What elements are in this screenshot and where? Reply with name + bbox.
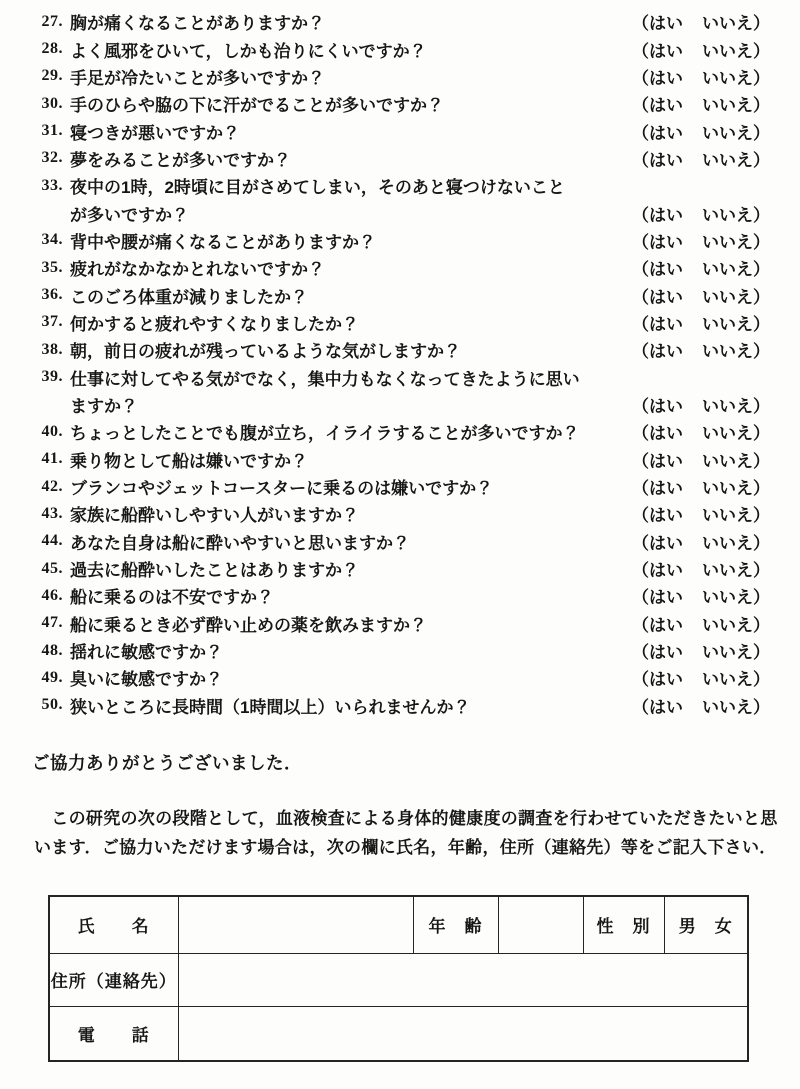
question-number: 29. <box>36 67 63 85</box>
answer-yes: はい <box>649 151 683 170</box>
answer-option-no: いいえ） <box>702 693 770 718</box>
contact-row-address: 住所（連絡先） <box>49 953 748 1006</box>
question-text: 朝，前日の疲れが残っているような気がしますか？ <box>70 337 632 362</box>
answer-yes: はい <box>649 643 683 662</box>
question-text: 背中や腰が痛くなることがありますか？ <box>70 228 632 253</box>
answer-open: （ <box>632 14 649 33</box>
answer-yes: はい <box>649 315 683 334</box>
question-number: 44. <box>36 532 63 550</box>
question-number: 34. <box>36 231 63 249</box>
followup-line-2: います．ご協力いただけます場合は，次の欄に氏名，年齢，住所（連絡先）等をご記入下… <box>34 833 776 862</box>
answer-option-yes: （はい <box>632 119 683 144</box>
answer-yes: はい <box>649 506 683 525</box>
address-label-cell: 住所（連絡先） <box>49 953 178 1006</box>
question-text: あなた自身は船に酔いやすいと思いますか？ <box>70 529 632 554</box>
question-number: 42. <box>36 478 63 496</box>
answer-yes: はい <box>649 14 683 33</box>
answer-option-no: いいえ） <box>702 119 770 144</box>
answer-options: （はいいいえ） <box>632 283 770 308</box>
answer-option-yes: （はい <box>632 146 683 171</box>
question-number: 28. <box>36 40 63 58</box>
answer-options: （はいいいえ） <box>632 501 770 526</box>
question-line: 29.手足が冷たいことが多いですか？（はいいいえ） <box>36 63 770 90</box>
answer-options: （はいいいえ） <box>632 529 770 554</box>
question-line: 28.よく風邪をひいて，しかも治りにくいですか？（はいいいえ） <box>36 35 770 62</box>
question-line: 43.家族に船酔いしやすい人がいますか？（はいいいえ） <box>36 500 770 527</box>
answer-open: （ <box>632 534 649 553</box>
answer-open: （ <box>632 452 649 471</box>
question-line: 34.背中や腰が痛くなることがありますか？（はいいいえ） <box>36 227 770 254</box>
question-number: 50. <box>36 696 63 714</box>
answer-option-no: いいえ） <box>702 91 770 116</box>
answer-option-yes: （はい <box>632 419 683 444</box>
answer-option-no: いいえ） <box>702 447 770 472</box>
answer-option-yes: （はい <box>632 337 683 362</box>
answer-option-yes: （はい <box>632 529 683 554</box>
answer-options: （はいいいえ） <box>632 556 770 581</box>
question-text: 手のひらや脇の下に汗がでることが多いですか？ <box>70 91 632 116</box>
answer-option-no: いいえ） <box>702 64 770 89</box>
answer-no: いいえ <box>702 616 753 635</box>
question-line: 27.胸が痛くなることがありますか？（はいいいえ） <box>36 8 770 35</box>
answer-options: （はいいいえ） <box>632 255 770 280</box>
question-line: 31.寝つきが悪いですか？（はいいいえ） <box>36 117 770 144</box>
question-number: 36. <box>36 286 63 304</box>
questionnaire-page: 27.胸が痛くなることがありますか？（はいいいえ）28.よく風邪をひいて，しかも… <box>0 0 800 1089</box>
question-line: 42.ブランコやジェットコースターに乗るのは嫌いですか？（はいいいえ） <box>36 473 770 500</box>
answer-close: ） <box>753 643 770 662</box>
answer-option-no: いいえ） <box>702 228 770 253</box>
answer-option-no: いいえ） <box>702 638 770 663</box>
answer-close: ） <box>753 479 770 498</box>
answer-no: いいえ <box>702 588 753 607</box>
answer-no: いいえ <box>702 479 753 498</box>
answer-options: （はいいいえ） <box>632 201 770 226</box>
answer-option-no: いいえ） <box>702 255 770 280</box>
answer-option-no: いいえ） <box>702 9 770 34</box>
question-number: 45. <box>36 560 63 578</box>
question-number: 31. <box>36 122 63 140</box>
question-number: 35. <box>36 259 63 277</box>
followup-paragraph: この研究の次の段階として，血液検査による身体的健康度の調査を行わせていただきたい… <box>34 804 776 862</box>
answer-no: いいえ <box>702 506 753 525</box>
answer-options: （はいいいえ） <box>632 392 770 417</box>
question-line: 46.船に乗るのは不安ですか？（はいいいえ） <box>36 582 770 609</box>
answer-open: （ <box>632 260 649 279</box>
answer-options: （はいいいえ） <box>632 583 770 608</box>
question-text: 乗り物として船は嫌いですか？ <box>70 447 632 472</box>
answer-close: ） <box>753 206 770 225</box>
answer-no: いいえ <box>702 96 753 115</box>
answer-option-no: いいえ） <box>702 419 770 444</box>
question-line: が多いですか？（はいいいえ） <box>36 199 770 226</box>
question-text: 過去に船酔いしたことはありますか？ <box>70 556 632 581</box>
question-line: 30.手のひらや脇の下に汗がでることが多いですか？（はいいいえ） <box>36 90 770 117</box>
question-text: ますか？ <box>70 392 632 417</box>
answer-yes: はい <box>649 233 683 252</box>
answer-options: （はいいいえ） <box>632 474 770 499</box>
answer-yes: はい <box>649 124 683 143</box>
answer-option-no: いいえ） <box>702 556 770 581</box>
answer-yes: はい <box>649 452 683 471</box>
question-text: 仕事に対してやる気がでなく，集中力もなくなってきたように思い <box>70 365 770 390</box>
answer-option-no: いいえ） <box>702 392 770 417</box>
answer-option-no: いいえ） <box>702 474 770 499</box>
answer-yes: はい <box>649 479 683 498</box>
question-number: 43. <box>36 505 63 523</box>
answer-yes: はい <box>649 616 683 635</box>
answer-option-no: いいえ） <box>702 583 770 608</box>
answer-option-yes: （はい <box>632 228 683 253</box>
answer-option-no: いいえ） <box>702 310 770 335</box>
answer-yes: はい <box>649 260 683 279</box>
question-number: 33. <box>36 177 63 195</box>
question-number: 49. <box>36 669 63 687</box>
thanks-text: ご協力ありがとうございました． <box>32 750 302 775</box>
answer-option-no: いいえ） <box>702 501 770 526</box>
contact-row-name: 氏 名 年 齢 性 別 男 女 <box>49 896 748 953</box>
answer-no: いいえ <box>702 342 753 361</box>
answer-option-yes: （はい <box>632 255 683 280</box>
question-line: 32.夢をみることが多いですか？（はいいいえ） <box>36 145 770 172</box>
answer-options: （はいいいえ） <box>632 638 770 663</box>
question-text: ブランコやジェットコースターに乗るのは嫌いですか？ <box>70 474 632 499</box>
answer-close: ） <box>753 42 770 61</box>
answer-close: ） <box>753 69 770 88</box>
answer-no: いいえ <box>702 233 753 252</box>
answer-options: （はいいいえ） <box>632 693 770 718</box>
answer-options: （はいいいえ） <box>632 611 770 636</box>
question-line: 49.臭いに敏感ですか？（はいいいえ） <box>36 664 770 691</box>
answer-no: いいえ <box>702 397 753 416</box>
answer-open: （ <box>632 151 649 170</box>
answer-close: ） <box>753 561 770 580</box>
answer-options: （はいいいえ） <box>632 665 770 690</box>
question-text: 船に乗るとき必ず酔い止めの薬を飲みますか？ <box>70 611 632 636</box>
gender-label-cell: 性 別 <box>583 896 664 953</box>
answer-open: （ <box>632 315 649 334</box>
answer-option-no: いいえ） <box>702 201 770 226</box>
answer-close: ） <box>753 151 770 170</box>
answer-open: （ <box>632 616 649 635</box>
answer-option-yes: （はい <box>632 392 683 417</box>
answer-yes: はい <box>649 42 683 61</box>
answer-yes: はい <box>649 206 683 225</box>
answer-no: いいえ <box>702 315 753 334</box>
answer-yes: はい <box>649 342 683 361</box>
answer-close: ） <box>753 124 770 143</box>
answer-close: ） <box>753 233 770 252</box>
answer-open: （ <box>632 42 649 61</box>
question-text: 疲れがなかなかとれないですか？ <box>70 255 632 280</box>
answer-no: いいえ <box>702 452 753 471</box>
phone-label-cell: 電 話 <box>49 1006 178 1061</box>
question-text: 手足が冷たいことが多いですか？ <box>70 64 632 89</box>
answer-close: ） <box>753 534 770 553</box>
answer-open: （ <box>632 288 649 307</box>
answer-option-yes: （はい <box>632 64 683 89</box>
answer-no: いいえ <box>702 288 753 307</box>
answer-yes: はい <box>649 397 683 416</box>
answer-option-no: いいえ） <box>702 37 770 62</box>
answer-option-yes: （はい <box>632 665 683 690</box>
answer-open: （ <box>632 424 649 443</box>
question-number: 41. <box>36 450 63 468</box>
question-number: 39. <box>36 368 63 386</box>
age-value-cell <box>498 896 583 953</box>
question-number: 30. <box>36 95 63 113</box>
question-line: 36.このごろ体重が減りましたか？（はいいいえ） <box>36 281 770 308</box>
answer-open: （ <box>632 397 649 416</box>
answer-close: ） <box>753 315 770 334</box>
answer-no: いいえ <box>702 124 753 143</box>
answer-yes: はい <box>649 588 683 607</box>
answer-options: （はいいいえ） <box>632 91 770 116</box>
answer-close: ） <box>753 506 770 525</box>
question-line: 50.狭いところに長時間（1時間以上）いられませんか？（はいいいえ） <box>36 692 770 719</box>
answer-open: （ <box>632 561 649 580</box>
question-line: 33.夜中の1時，2時頃に目がさめてしまい，そのあと寝つけないこと <box>36 172 770 199</box>
question-text: ちょっとしたことでも腹が立ち，イライラすることが多いですか？ <box>70 419 632 444</box>
answer-no: いいえ <box>702 42 753 61</box>
question-number: 38. <box>36 341 63 359</box>
answer-option-yes: （はい <box>632 583 683 608</box>
question-text: 夜中の1時，2時頃に目がさめてしまい，そのあと寝つけないこと <box>70 173 770 198</box>
answer-close: ） <box>753 342 770 361</box>
name-value-cell <box>178 896 413 953</box>
question-line: 47.船に乗るとき必ず酔い止めの薬を飲みますか？（はいいいえ） <box>36 610 770 637</box>
answer-open: （ <box>632 124 649 143</box>
question-text: が多いですか？ <box>70 201 632 226</box>
answer-yes: はい <box>649 670 683 689</box>
question-line: 40.ちょっとしたことでも腹が立ち，イライラすることが多いですか？（はいいいえ） <box>36 418 770 445</box>
answer-no: いいえ <box>702 69 753 88</box>
question-number: 37. <box>36 313 63 331</box>
answer-options: （はいいいえ） <box>632 37 770 62</box>
question-text: 胸が痛くなることがありますか？ <box>70 9 632 34</box>
answer-close: ） <box>753 14 770 33</box>
followup-line-1: この研究の次の段階として，血液検査による身体的健康度の調査を行わせていただきたい… <box>34 804 776 833</box>
question-number: 46. <box>36 587 63 605</box>
answer-option-yes: （はい <box>632 310 683 335</box>
question-line: 48.揺れに敏感ですか？（はいいいえ） <box>36 637 770 664</box>
question-text: 家族に船酔いしやすい人がいますか？ <box>70 501 632 526</box>
answer-close: ） <box>753 588 770 607</box>
answer-no: いいえ <box>702 643 753 662</box>
question-line: ますか？（はいいいえ） <box>36 391 770 418</box>
answer-option-yes: （はい <box>632 556 683 581</box>
answer-options: （はいいいえ） <box>632 228 770 253</box>
answer-no: いいえ <box>702 670 753 689</box>
answer-option-no: いいえ） <box>702 337 770 362</box>
answer-close: ） <box>753 698 770 717</box>
question-text: 臭いに敏感ですか？ <box>70 665 632 690</box>
answer-close: ） <box>753 96 770 115</box>
question-line: 35.疲れがなかなかとれないですか？（はいいいえ） <box>36 254 770 281</box>
answer-open: （ <box>632 233 649 252</box>
answer-option-no: いいえ） <box>702 283 770 308</box>
answer-option-no: いいえ） <box>702 665 770 690</box>
contact-row-phone: 電 話 <box>49 1006 748 1061</box>
question-number: 47. <box>36 614 63 632</box>
answer-no: いいえ <box>702 151 753 170</box>
question-number: 48. <box>36 642 63 660</box>
answer-no: いいえ <box>702 534 753 553</box>
answer-close: ） <box>753 397 770 416</box>
question-number: 40. <box>36 423 63 441</box>
answer-options: （はいいいえ） <box>632 64 770 89</box>
answer-no: いいえ <box>702 206 753 225</box>
answer-close: ） <box>753 288 770 307</box>
answer-options: （はいいいえ） <box>632 419 770 444</box>
question-line: 39.仕事に対してやる気がでなく，集中力もなくなってきたように思い <box>36 363 770 390</box>
answer-option-yes: （はい <box>632 447 683 472</box>
gender-options-cell: 男 女 <box>664 896 748 953</box>
answer-option-no: いいえ） <box>702 529 770 554</box>
question-line: 45.過去に船酔いしたことはありますか？（はいいいえ） <box>36 555 770 582</box>
name-label-cell: 氏 名 <box>49 896 178 953</box>
answer-option-yes: （はい <box>632 91 683 116</box>
answer-close: ） <box>753 260 770 279</box>
answer-options: （はいいいえ） <box>632 9 770 34</box>
question-text: 何かすると疲れやすくなりましたか？ <box>70 310 632 335</box>
answer-options: （はいいいえ） <box>632 337 770 362</box>
answer-open: （ <box>632 670 649 689</box>
question-line: 38.朝，前日の疲れが残っているような気がしますか？（はいいいえ） <box>36 336 770 363</box>
contact-table: 氏 名 年 齢 性 別 男 女 住所（連絡先） 電 話 <box>48 895 749 1062</box>
address-value-cell <box>178 953 748 1006</box>
answer-option-yes: （はい <box>632 693 683 718</box>
answer-option-no: いいえ） <box>702 146 770 171</box>
answer-no: いいえ <box>702 698 753 717</box>
answer-open: （ <box>632 698 649 717</box>
answer-option-yes: （はい <box>632 611 683 636</box>
question-text: 寝つきが悪いですか？ <box>70 119 632 144</box>
answer-option-yes: （はい <box>632 283 683 308</box>
answer-options: （はいいいえ） <box>632 146 770 171</box>
answer-open: （ <box>632 479 649 498</box>
answer-options: （はいいいえ） <box>632 310 770 335</box>
answer-no: いいえ <box>702 14 753 33</box>
answer-yes: はい <box>649 424 683 443</box>
answer-yes: はい <box>649 561 683 580</box>
answer-close: ） <box>753 424 770 443</box>
question-line: 41.乗り物として船は嫌いですか？（はいいいえ） <box>36 446 770 473</box>
answer-yes: はい <box>649 69 683 88</box>
question-text: このごろ体重が減りましたか？ <box>70 283 632 308</box>
question-text: 揺れに敏感ですか？ <box>70 638 632 663</box>
answer-option-yes: （はい <box>632 501 683 526</box>
answer-close: ） <box>753 670 770 689</box>
question-text: よく風邪をひいて，しかも治りにくいですか？ <box>70 37 632 62</box>
answer-no: いいえ <box>702 424 753 443</box>
answer-close: ） <box>753 452 770 471</box>
answer-open: （ <box>632 96 649 115</box>
question-text: 狭いところに長時間（1時間以上）いられませんか？ <box>70 693 632 718</box>
phone-value-cell <box>178 1006 748 1061</box>
question-number: 27. <box>36 13 63 31</box>
answer-yes: はい <box>649 698 683 717</box>
answer-open: （ <box>632 69 649 88</box>
question-line: 44.あなた自身は船に酔いやすいと思いますか？（はいいいえ） <box>36 528 770 555</box>
question-number: 32. <box>36 149 63 167</box>
answer-yes: はい <box>649 534 683 553</box>
questions-list: 27.胸が痛くなることがありますか？（はいいいえ）28.よく風邪をひいて，しかも… <box>36 8 770 719</box>
answer-open: （ <box>632 643 649 662</box>
question-line: 37.何かすると疲れやすくなりましたか？（はいいいえ） <box>36 309 770 336</box>
answer-option-yes: （はい <box>632 638 683 663</box>
answer-option-yes: （はい <box>632 37 683 62</box>
answer-yes: はい <box>649 96 683 115</box>
answer-open: （ <box>632 206 649 225</box>
answer-open: （ <box>632 588 649 607</box>
answer-option-yes: （はい <box>632 9 683 34</box>
age-label-cell: 年 齢 <box>413 896 498 953</box>
question-text: 船に乗るのは不安ですか？ <box>70 583 632 608</box>
answer-open: （ <box>632 342 649 361</box>
answer-option-no: いいえ） <box>702 611 770 636</box>
answer-close: ） <box>753 616 770 635</box>
question-text: 夢をみることが多いですか？ <box>70 146 632 171</box>
answer-no: いいえ <box>702 260 753 279</box>
answer-options: （はいいいえ） <box>632 447 770 472</box>
answer-yes: はい <box>649 288 683 307</box>
answer-no: いいえ <box>702 561 753 580</box>
answer-options: （はいいいえ） <box>632 119 770 144</box>
answer-option-yes: （はい <box>632 474 683 499</box>
answer-open: （ <box>632 506 649 525</box>
answer-option-yes: （はい <box>632 201 683 226</box>
